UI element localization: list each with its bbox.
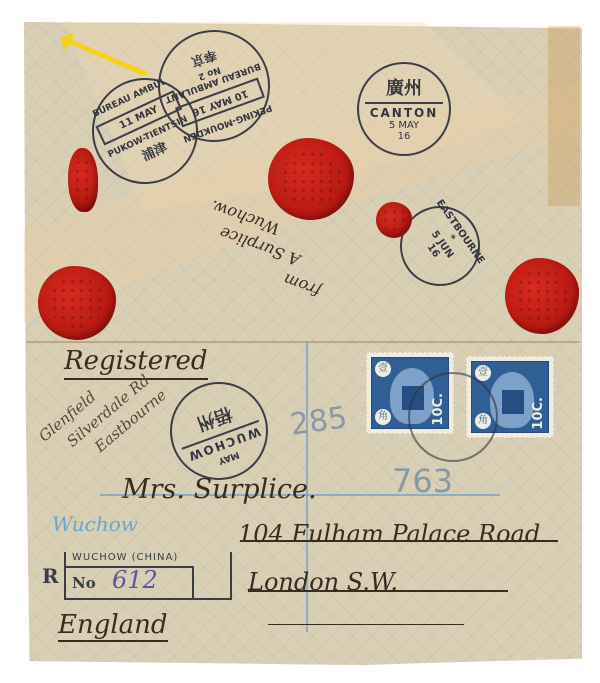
envelope-photo: BUREAU AMBUL 11 MAY PUKOW-TIENTSIN 浦津 PE… xyxy=(0,0,600,683)
addressee: Mrs. Surplice. xyxy=(122,474,317,505)
address-line-1: 104 Fulham Palace Road xyxy=(238,520,540,548)
fold-line xyxy=(26,341,580,343)
strike-through-2 xyxy=(248,590,508,592)
address-underline xyxy=(268,624,464,625)
pencil-number-763: 763 xyxy=(392,462,453,500)
strike-through-1 xyxy=(240,540,558,542)
registration-number: 612 xyxy=(112,566,158,594)
r-mark: R xyxy=(42,564,59,588)
canton-postmark: 廣州 CANTON 5 MAY 16 xyxy=(357,62,451,156)
wax-seal-left-upper xyxy=(68,148,98,212)
yellow-arrow-icon xyxy=(56,30,156,80)
tape-strip xyxy=(548,26,580,206)
stamp-cancel xyxy=(408,372,498,462)
registration-office: WUCHOW (CHINA) xyxy=(72,552,178,563)
wuchow-blue-note: Wuchow xyxy=(52,512,138,536)
country: England xyxy=(58,610,168,642)
registration-no-label: No xyxy=(72,574,96,592)
